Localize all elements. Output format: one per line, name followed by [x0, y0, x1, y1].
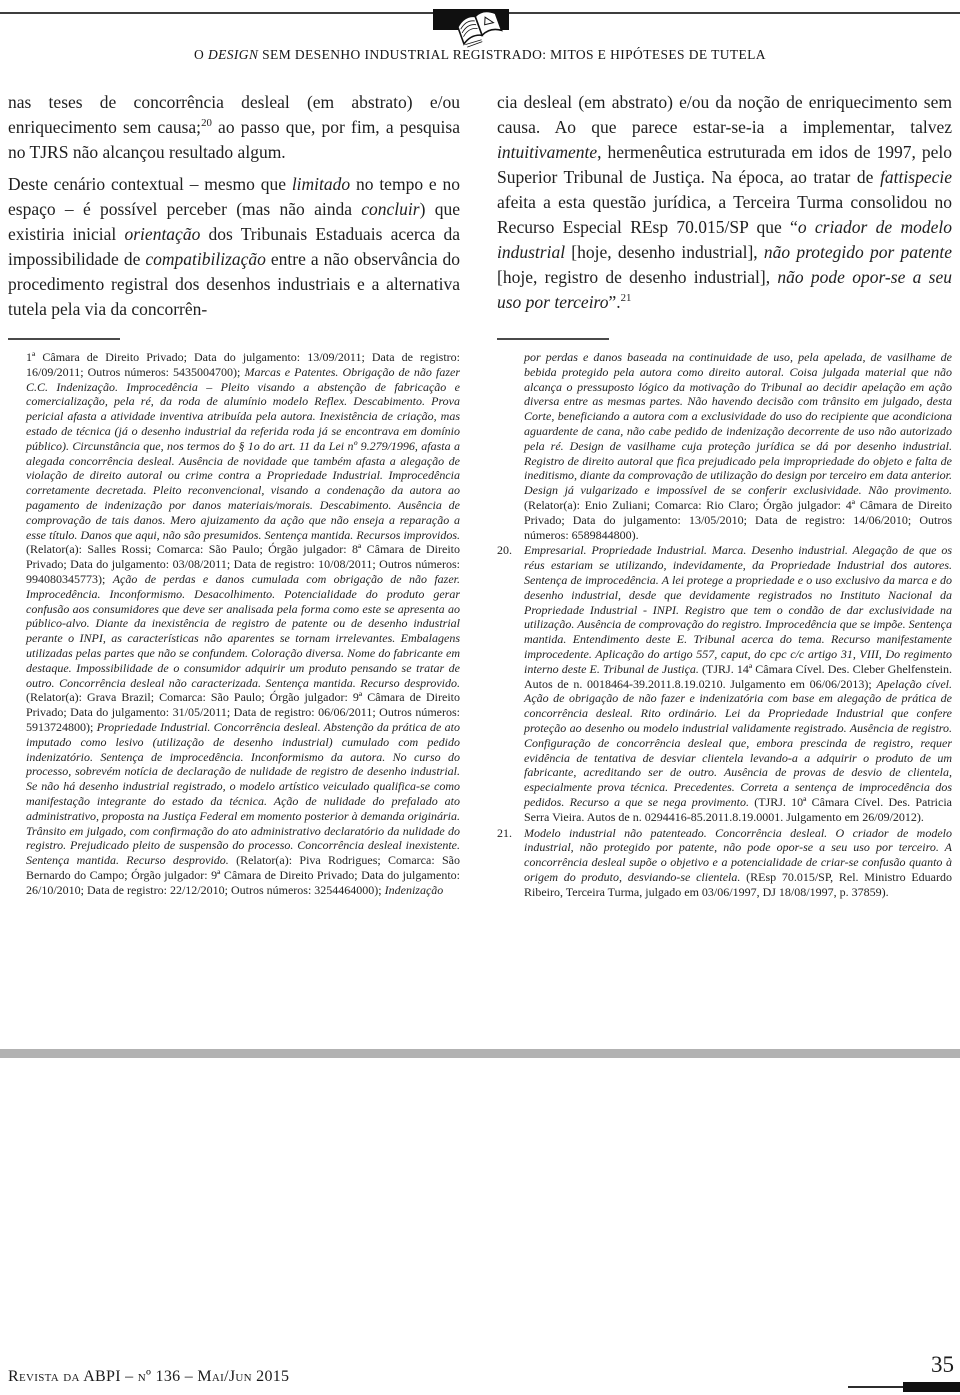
footnotes-right-column: por perdas e danos baseada na continuida… [497, 350, 952, 1046]
paragraph: nas teses de concorrência desleal (em ab… [8, 90, 460, 165]
footnote-rule-left [8, 338, 120, 340]
footnote-text: Modelo industrial não patenteado. Concor… [524, 826, 952, 899]
page-title: O DESIGN SEM DESENHO INDUSTRIAL REGISTRA… [0, 47, 960, 63]
footnote-number: 20. [497, 543, 512, 558]
footer-corner-line [848, 1386, 906, 1388]
footnote-continuation: 1ª Câmara de Direito Privado; Data do ju… [8, 350, 460, 897]
main-text-right-column: cia desleal (em abstrato) e/ou da noção … [497, 90, 952, 315]
open-book-icon [449, 0, 507, 50]
footnote-number: 21. [497, 826, 512, 841]
main-text-left-column: nas teses de concorrência desleal (em ab… [8, 90, 460, 322]
footnote-rule-right [497, 338, 609, 340]
footnote-continuation: por perdas e danos baseada na continuida… [497, 350, 952, 542]
paragraph: cia desleal (em abstrato) e/ou da noção … [497, 90, 952, 315]
footer-corner-bar [903, 1382, 960, 1392]
section-divider-bar [0, 1049, 960, 1058]
footnote-item-20: 20. Empresarial. Propriedade Industrial.… [497, 543, 952, 824]
footer-journal-line: Revista da ABPI – nº 136 – Mai/Jun 2015 [8, 1368, 289, 1386]
footnote-text: Empresarial. Propriedade Industrial. Mar… [524, 543, 952, 823]
footnotes-left-column: 1ª Câmara de Direito Privado; Data do ju… [8, 350, 460, 1046]
paragraph: Deste cenário contextual – mesmo que lim… [8, 172, 460, 322]
footnote-item-21: 21. Modelo industrial não patenteado. Co… [497, 826, 952, 900]
page-number: 35 [931, 1352, 954, 1378]
journal-page: O DESIGN SEM DESENHO INDUSTRIAL REGISTRA… [0, 0, 960, 1395]
